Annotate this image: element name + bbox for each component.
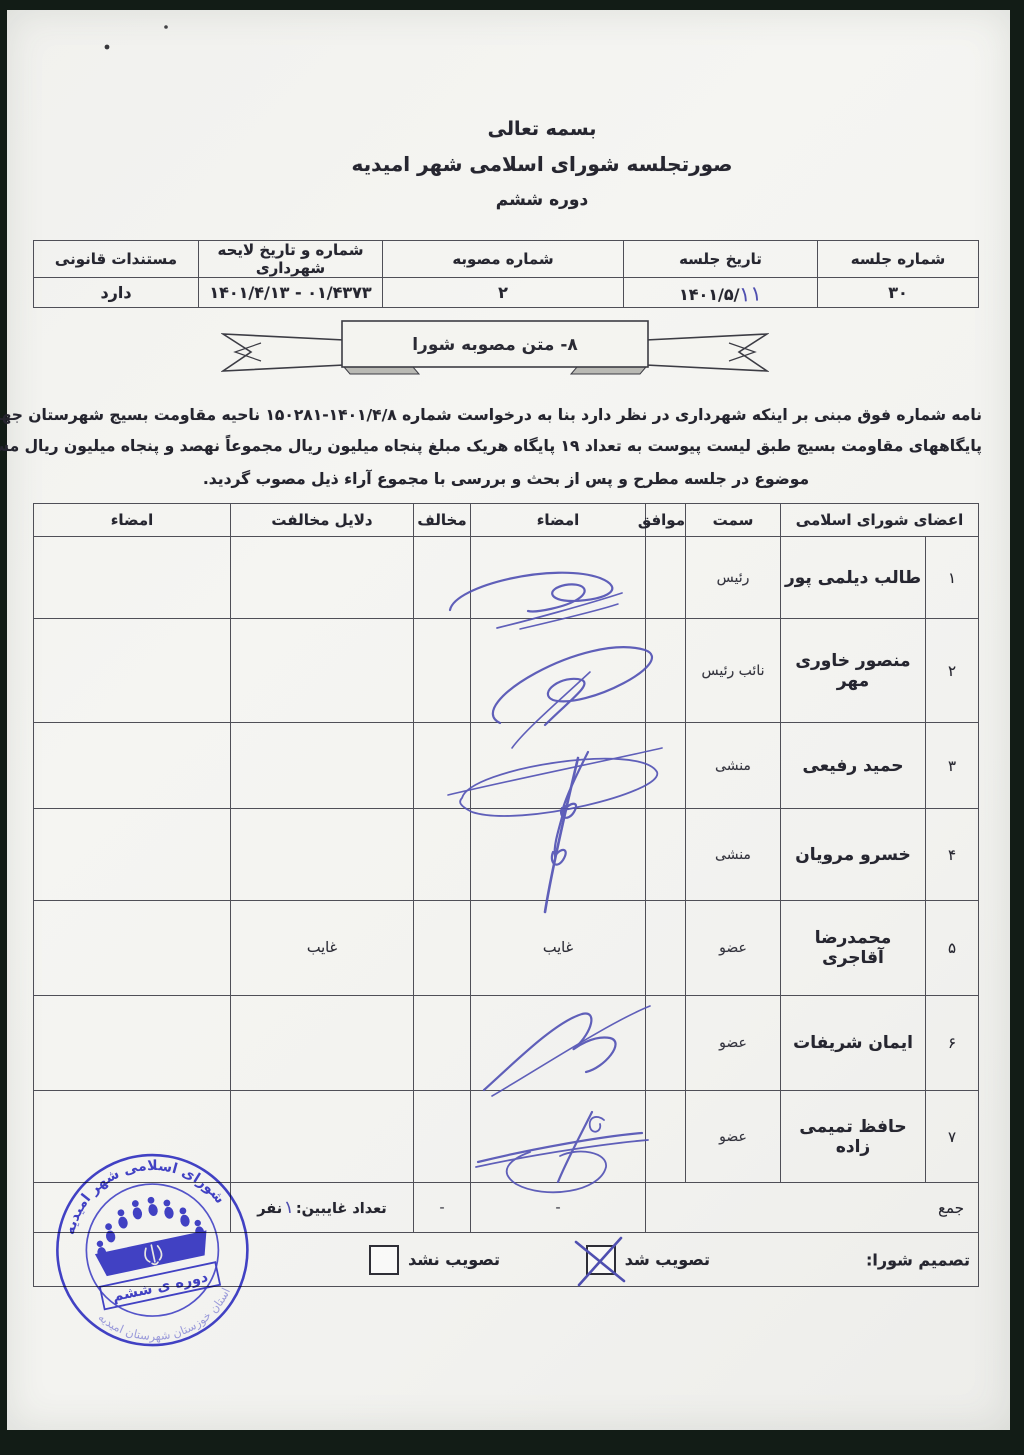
document-header: بسمه تعالی صورتجلسه شورای اسلامی شهر امی… (60, 118, 1024, 210)
oppose-reason-cell: غایب (231, 901, 414, 996)
header-resolution-number: شماره مصوبه (383, 241, 624, 278)
info-value-row: ۳۰ ۱۴۰۱/۵/۱۱ ۲ ۱۴۰۱/۴/۱۳ - ۰۱/۴۳۷۳ دارد (34, 278, 979, 308)
member-number: ۳ (926, 723, 979, 809)
member-row: ۲ منصور خاوری مهر نائب رئیس (34, 619, 979, 723)
member-row: ۱ طالب دیلمی پور رئیس (34, 537, 979, 619)
oppose-cell (414, 537, 471, 619)
body-line-3: موضوع در جلسه مطرح و پس از بحث و بررسی ب… (30, 464, 982, 495)
ribbon-title: ۸- متن مصوبه شورا (412, 335, 578, 355)
signature-cell-2 (34, 809, 231, 901)
header-bill-number-date: شماره و تاریخ لایحه شهرداری (199, 241, 383, 278)
resolution-number-value: ۲ (383, 278, 624, 308)
oppose-cell (414, 996, 471, 1091)
signature-cell (471, 723, 646, 809)
absent-count-unit: نفر (257, 1201, 282, 1217)
document-title: صورتجلسه شورای اسلامی شهر امیدیه (60, 152, 1024, 176)
member-role: منشی (686, 723, 781, 809)
decision-rejected-group: تصویب نشد (369, 1245, 500, 1275)
approved-checkbox (586, 1245, 616, 1275)
oppose-reason-cell (231, 537, 414, 619)
header-agree: موافق (646, 504, 686, 537)
agree-cell (646, 901, 686, 996)
signature-cell (471, 996, 646, 1091)
member-row: ۶ ایمان شریفات عضو (34, 996, 979, 1091)
bismillah-line: بسمه تعالی (60, 118, 1024, 140)
handwritten-x-mark (588, 1247, 614, 1273)
header-role: سمت (686, 504, 781, 537)
member-row: ۵ محمدرضا آقاجری عضو غایب غایب (34, 901, 979, 996)
session-date-value: ۱۴۰۱/۵/۱۱ (624, 278, 818, 308)
decision-approved-group: تصویب شد (586, 1245, 710, 1275)
section-ribbon-banner: ۸- متن مصوبه شورا (221, 318, 769, 384)
agree-cell (646, 1091, 686, 1183)
header-signature-2: امضاء (34, 504, 231, 537)
resolution-body: نامه شماره فوق مبنی بر اینکه شهرداری در … (30, 400, 982, 495)
absent-count-handwritten: ۱ (281, 1196, 297, 1218)
oppose-reason-cell (231, 1091, 414, 1183)
header-members: اعضای شورای اسلامی (781, 504, 979, 537)
body-line-2: پایگاههای مقاومت بسیج طبق لیست پیوست به … (30, 431, 982, 462)
member-role: رئیس (686, 537, 781, 619)
ribbon-left-tail (223, 334, 344, 371)
member-name: منصور خاوری مهر (781, 619, 926, 723)
header-oppose: مخالف (414, 504, 471, 537)
member-role: منشی (686, 809, 781, 901)
member-number: ۷ (926, 1091, 979, 1183)
sum-signature-dash: - (471, 1183, 646, 1233)
signature-cell-2 (34, 996, 231, 1091)
session-date-printed: ۱۴۰۱/۵/ (679, 285, 740, 304)
signature-cell-2 (34, 619, 231, 723)
oppose-cell (414, 619, 471, 723)
member-name: محمدرضا آقاجری (781, 901, 926, 996)
ribbon-left-fold (344, 367, 419, 374)
member-name: طالب دیلمی پور (781, 537, 926, 619)
agree-cell (646, 809, 686, 901)
sum-oppose-dash: - (414, 1183, 471, 1233)
header-oppose-reasons: دلایل مخالفت (231, 504, 414, 537)
decision-label: تصمیم شورا: (866, 1250, 970, 1269)
info-header-row: شماره جلسه تاریخ جلسه شماره مصوبه شماره … (34, 241, 979, 278)
session-date-handwritten: ۱۱ (739, 281, 763, 307)
member-role: عضو (686, 901, 781, 996)
agree-cell (646, 723, 686, 809)
session-info-table: شماره جلسه تاریخ جلسه شماره مصوبه شماره … (33, 240, 979, 308)
member-number: ۶ (926, 996, 979, 1091)
member-name: ایمان شریفات (781, 996, 926, 1091)
council-stamp: شورای اسلامی شهر امیدیه استان خوزستان شه… (23, 1122, 282, 1384)
oppose-reason-cell (231, 996, 414, 1091)
sum-label: جمع (646, 1183, 979, 1233)
member-number: ۵ (926, 901, 979, 996)
signature-cell: غایب (471, 901, 646, 996)
bill-number-date-value: ۱۴۰۱/۴/۱۳ - ۰۱/۴۳۷۳ (199, 278, 383, 308)
signature-cell-2 (34, 537, 231, 619)
oppose-cell (414, 809, 471, 901)
oppose-cell (414, 1091, 471, 1183)
member-name: حمید رفیعی (781, 723, 926, 809)
signature-cell (471, 537, 646, 619)
signature-cell (471, 619, 646, 723)
header-signature: امضاء (471, 504, 646, 537)
signature-cell-2 (34, 723, 231, 809)
agree-cell (646, 537, 686, 619)
legal-docs-value: دارد (34, 278, 199, 308)
agree-cell (646, 996, 686, 1091)
signature-cell (471, 809, 646, 901)
term-line: دوره ششم (60, 190, 1024, 210)
member-row: ۳ حمید رفیعی منشی (34, 723, 979, 809)
rejected-checkbox (369, 1245, 399, 1275)
ribbon-right-fold (571, 367, 646, 374)
oppose-cell (414, 723, 471, 809)
member-role: نائب رئیس (686, 619, 781, 723)
oppose-reason-cell (231, 723, 414, 809)
signature-cell-2 (34, 901, 231, 996)
member-number: ۱ (926, 537, 979, 619)
members-header-row: اعضای شورای اسلامی سمت موافق امضاء مخالف… (34, 504, 979, 537)
header-session-number: شماره جلسه (818, 241, 979, 278)
rejected-label: تصویب نشد (408, 1250, 500, 1269)
session-number-value: ۳۰ (818, 278, 979, 308)
header-legal-docs: مستندات قانونی (34, 241, 199, 278)
oppose-reason-cell (231, 809, 414, 901)
approved-label: تصویب شد (625, 1250, 710, 1269)
signature-cell (471, 1091, 646, 1183)
member-number: ۲ (926, 619, 979, 723)
member-name: حافظ تمیمی زاده (781, 1091, 926, 1183)
oppose-cell (414, 901, 471, 996)
header-session-date: تاریخ جلسه (624, 241, 818, 278)
member-number: ۴ (926, 809, 979, 901)
scanned-page: { "header": { "bismillah": "بسمه تعالی",… (0, 0, 1024, 1455)
absent-count-label: تعداد غایبین: (296, 1201, 387, 1217)
agree-cell (646, 619, 686, 723)
oppose-reason-cell (231, 619, 414, 723)
ribbon-right-tail (646, 334, 767, 371)
member-role: عضو (686, 1091, 781, 1183)
member-name: خسرو مرویان (781, 809, 926, 901)
member-row: ۴ خسرو مرویان منشی (34, 809, 979, 901)
member-role: عضو (686, 996, 781, 1091)
body-line-1: نامه شماره فوق مبنی بر اینکه شهرداری در … (30, 400, 982, 431)
